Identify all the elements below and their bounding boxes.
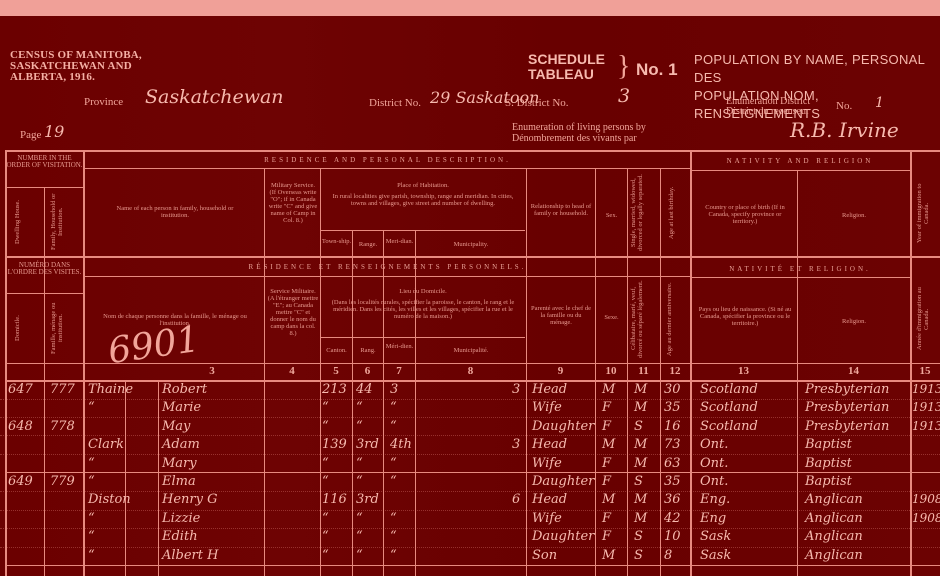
cell-range: “ — [356, 419, 363, 434]
grid-line — [320, 337, 525, 338]
cell-relationship: Wife — [532, 511, 562, 526]
col-number: 11 — [627, 365, 660, 377]
col-number: 15 — [910, 365, 940, 377]
cell-age: 42 — [664, 511, 681, 526]
cell-range: 3rd — [356, 492, 379, 507]
header-family: Family, Household or Institution. — [50, 192, 78, 252]
col-number: 6 — [352, 365, 383, 377]
header-fr-sexe: Sexe. — [596, 314, 627, 321]
section-fr-residence: RÉSIDENCE ET RENSEIGNEMENTS PERSONNELS. — [85, 263, 690, 271]
grid-line — [5, 565, 940, 566]
cell-township: 213 — [322, 382, 347, 397]
header-fr-etat-civil: Célibataire, marié, veuf, divorcé ou sép… — [630, 280, 656, 358]
grid-line — [85, 168, 690, 169]
cell-birthplace: Ont. — [700, 437, 728, 452]
page-value: 19 — [44, 122, 64, 141]
cell-meridian: “ — [390, 474, 397, 489]
cell-religion: Anglican — [805, 548, 863, 563]
cell-meridian: 4th — [390, 437, 412, 452]
cell-given: Elma — [162, 474, 196, 489]
enumeration-label: Enumeration of living persons by Dénombr… — [512, 122, 646, 144]
cell-age: 73 — [664, 437, 681, 452]
cell-immigration: 1913 — [912, 382, 940, 396]
cell-sex: M — [602, 548, 615, 563]
cell-birthplace: Eng — [700, 511, 726, 526]
cell-given: Albert H — [162, 548, 218, 563]
grid-line — [5, 293, 85, 294]
cell-range: “ — [356, 456, 363, 471]
col-number: 14 — [797, 365, 910, 377]
cell-township: “ — [322, 511, 329, 526]
cell-dwelling: 647 — [8, 382, 33, 397]
cell-meridian: “ — [390, 548, 397, 563]
cell-relationship: Daughter — [532, 419, 594, 434]
cell-marital: M — [634, 382, 647, 397]
cell-given: Edith — [162, 529, 198, 544]
cell-meridian: “ — [390, 511, 397, 526]
cell-relationship: Wife — [532, 456, 562, 471]
cell-relationship: Head — [532, 382, 567, 397]
header-fr-number-order: NUMÉRO DANS L'ORDRE DES VISITES. — [6, 262, 83, 276]
cell-surname: Diston — [88, 492, 131, 507]
cell-meridian: “ — [390, 419, 397, 434]
cell-given: Henry G — [162, 492, 217, 507]
header-dwelling: Dwelling House. — [14, 192, 34, 252]
cell-relationship: Head — [532, 492, 567, 507]
cell-religion: Presbyterian — [805, 419, 889, 434]
cell-surname: “ — [88, 400, 95, 415]
col-number: 8 — [415, 365, 526, 377]
cell-sex: F — [602, 474, 611, 489]
cell-birthplace: Scotland — [700, 419, 758, 434]
col-number: 12 — [660, 365, 690, 377]
cell-given: Marie — [162, 400, 201, 415]
grid-line — [320, 230, 525, 231]
cell-sex: F — [602, 456, 611, 471]
cell-marital: M — [634, 456, 647, 471]
cell-family: 778 — [50, 419, 75, 434]
cell-surname: “ — [88, 529, 95, 544]
cell-given: Adam — [162, 437, 200, 452]
cell-birthplace: Eng. — [700, 492, 730, 507]
cell-immigration: 1908 — [912, 511, 940, 525]
cell-range: “ — [356, 400, 363, 415]
cell-religion: Baptist — [805, 474, 852, 489]
cell-birthplace: Ont. — [700, 456, 728, 471]
cell-surname: Thaine — [88, 382, 133, 397]
header-fr-place: Lieu du Domicile. (Dans les localités ru… — [325, 288, 521, 320]
province-label: Province — [84, 96, 123, 108]
cell-age: 35 — [664, 474, 681, 489]
table-top-border — [5, 150, 940, 152]
cell-household-count: 3 — [512, 382, 520, 397]
header-religion: Religion. — [800, 212, 908, 219]
cell-age: 8 — [664, 548, 672, 563]
enumerator-signature: R.B. Irvine — [790, 118, 899, 142]
cell-sex: F — [602, 529, 611, 544]
cell-birthplace: Ont. — [700, 474, 728, 489]
cell-marital: S — [634, 548, 643, 563]
grid-line — [690, 277, 910, 278]
cell-marital: S — [634, 419, 643, 434]
header-fr-military: Service Militaire. (A l'étranger mettre … — [267, 288, 319, 337]
cell-religion: Baptist — [805, 456, 852, 471]
cell-religion: Baptist — [805, 437, 852, 452]
col-number: 10 — [595, 365, 627, 377]
col-number: 3 — [160, 365, 264, 377]
header-fr-parente: Parenté avec le chef de la famille ou du… — [530, 305, 592, 326]
torn-paper-edge — [0, 0, 940, 16]
header-fr-canton: Canton. — [321, 347, 352, 354]
cell-sex: M — [602, 492, 615, 507]
cell-range: “ — [356, 511, 363, 526]
header-fr-age: Age au dernier anniversaire. — [666, 280, 684, 358]
header-meridian: Meri-dian. — [384, 238, 415, 245]
header-fr-family: Famille, ménage ou institution. — [50, 298, 78, 358]
cell-surname: “ — [88, 548, 95, 563]
cell-marital: S — [634, 529, 643, 544]
sub-district-value: 3 — [618, 85, 630, 107]
header-sex: Sex. — [596, 212, 627, 219]
cell-township: “ — [322, 529, 329, 544]
header-military: Military Service. (If Overseas write "O"… — [267, 182, 319, 224]
cell-marital: M — [634, 492, 647, 507]
cell-immigration: 1913 — [912, 400, 940, 414]
cell-township: “ — [322, 456, 329, 471]
cell-immigration: 1908 — [912, 492, 940, 506]
brace: } — [617, 52, 630, 82]
header-municipality: Municipality. — [416, 241, 526, 248]
header-marital: Single, married, widowed, divorced or le… — [630, 174, 656, 252]
cell-age: 10 — [664, 529, 681, 544]
cell-given: Robert — [162, 382, 207, 397]
cell-township: 139 — [322, 437, 347, 452]
header-fr-dwelling: Domicile. — [14, 298, 34, 358]
enum-district-label: Enumeration District District du recense… — [726, 97, 810, 117]
cell-religion: Anglican — [805, 511, 863, 526]
cell-range: 3rd — [356, 437, 379, 452]
cell-township: “ — [322, 474, 329, 489]
cell-meridian: “ — [390, 456, 397, 471]
cell-dwelling: 648 — [8, 419, 33, 434]
cell-given: Lizzie — [162, 511, 200, 526]
cell-relationship: Head — [532, 437, 567, 452]
header-fr-municipalite: Municipalité. — [416, 347, 526, 354]
cell-meridian: “ — [390, 529, 397, 544]
header-relationship: Relationship to head of family or househ… — [530, 203, 592, 217]
cell-relationship: Son — [532, 548, 557, 563]
cell-relationship: Daughter — [532, 529, 594, 544]
header-fr-religion: Religion. — [800, 318, 908, 325]
schedule-number: No. 1 — [636, 60, 678, 80]
header-age: Age at last birthday. — [668, 174, 682, 252]
cell-marital: M — [634, 511, 647, 526]
grid-line — [5, 256, 940, 258]
cell-sex: F — [602, 511, 611, 526]
cell-marital: M — [634, 437, 647, 452]
cell-surname: “ — [88, 474, 95, 489]
cell-meridian: “ — [390, 400, 397, 415]
grid-line — [690, 170, 910, 171]
cell-family: 777 — [50, 382, 75, 397]
cell-sex: M — [602, 382, 615, 397]
header-name: Name of each person in family, household… — [115, 205, 235, 219]
grid-line — [85, 276, 690, 277]
cell-relationship: Daughter — [532, 474, 594, 489]
cell-sex: M — [602, 437, 615, 452]
cell-given: Mary — [162, 456, 197, 471]
cell-immigration: 1913 — [912, 419, 940, 433]
cell-family: 779 — [50, 474, 75, 489]
cell-household-count: 6 — [512, 492, 520, 507]
header-fr-rang: Rang. — [353, 347, 383, 354]
header-place-habitation: Place of Habitation. In rural localities… — [325, 182, 521, 207]
cell-surname: “ — [88, 511, 95, 526]
cell-given: May — [162, 419, 190, 434]
cell-age: 16 — [664, 419, 681, 434]
col-number: 4 — [264, 365, 320, 377]
cell-dwelling: 649 — [8, 474, 33, 489]
district-label: District No. — [369, 97, 421, 109]
header-fr-meridien: Méri-dien. — [384, 343, 415, 350]
cell-sex: F — [602, 400, 611, 415]
enum-no-label: No. — [836, 100, 852, 112]
header-fr-lieu-naissance: Pays ou lieu de naissance. (Si né au Can… — [698, 306, 792, 327]
grid-line — [5, 380, 940, 382]
section-fr-nativite: NATIVITÉ ET RELIGION. — [690, 265, 910, 273]
cell-religion: Presbyterian — [805, 382, 889, 397]
header-township: Town-ship. — [321, 238, 352, 245]
header-year-immigration: Year of immigration to Canada. — [916, 174, 936, 252]
cell-religion: Anglican — [805, 529, 863, 544]
cell-range: “ — [356, 548, 363, 563]
cell-range: “ — [356, 529, 363, 544]
cell-marital: M — [634, 400, 647, 415]
cell-township: 116 — [322, 492, 347, 507]
cell-birthplace: Sask — [700, 548, 731, 563]
page-label: Page — [20, 129, 41, 141]
cell-range: “ — [356, 474, 363, 489]
province-value: Saskatchewan — [145, 86, 284, 108]
col-number: 7 — [383, 365, 415, 377]
cell-birthplace: Sask — [700, 529, 731, 544]
enum-no-value: 1 — [875, 95, 884, 111]
grid-line — [5, 472, 940, 473]
cell-township: “ — [322, 548, 329, 563]
cell-township: “ — [322, 419, 329, 434]
section-nativity: NATIVITY AND RELIGION — [690, 157, 910, 165]
header-country-birth: Country or place of birth (If in Canada,… — [698, 204, 792, 225]
sub-district-label: S. District No. — [505, 97, 569, 109]
grid-line — [5, 150, 7, 576]
cell-surname: Clark — [88, 437, 124, 452]
cell-household-count: 3 — [512, 437, 520, 452]
col-number: 9 — [526, 365, 595, 377]
cell-relationship: Wife — [532, 400, 562, 415]
cell-marital: S — [634, 474, 643, 489]
cell-sex: F — [602, 419, 611, 434]
cell-religion: Presbyterian — [805, 400, 889, 415]
grid-line — [5, 187, 85, 188]
header-fr-annee-immigration: Année d'immigration au Canada. — [916, 280, 936, 358]
section-residence: RESIDENCE AND PERSONAL DESCRIPTION. — [85, 156, 690, 164]
cell-township: “ — [322, 400, 329, 415]
cell-age: 63 — [664, 456, 681, 471]
cell-birthplace: Scotland — [700, 382, 758, 397]
header-range: Range. — [353, 241, 383, 248]
cell-surname: “ — [88, 456, 95, 471]
cell-age: 30 — [664, 382, 681, 397]
cell-age: 35 — [664, 400, 681, 415]
cell-range: 44 — [356, 382, 373, 397]
col-number: 5 — [320, 365, 352, 377]
schedule-title: SCHEDULE TABLEAU — [528, 52, 605, 82]
header-number-order: NUMBER IN THE ORDER OF VISITATION. — [6, 155, 83, 169]
cell-meridian: 3 — [390, 382, 398, 397]
cell-religion: Anglican — [805, 492, 863, 507]
cell-birthplace: Scotland — [700, 400, 758, 415]
census-title: CENSUS OF MANITOBA, SASKATCHEWAN AND ALB… — [10, 50, 142, 83]
cell-age: 36 — [664, 492, 681, 507]
col-number: 13 — [690, 365, 797, 377]
